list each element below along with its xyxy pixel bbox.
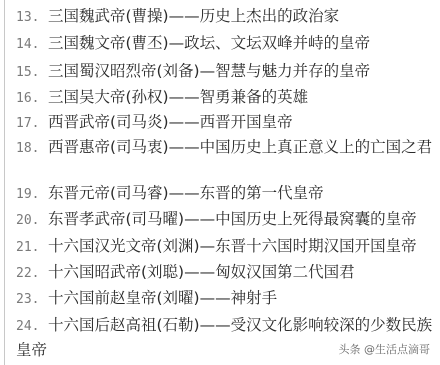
item-text: 十六国昭武帝(刘聪)——匈奴汉国第二代国君 (48, 263, 355, 281)
list-item: 24.十六国后赵高祖(石勒)——受汉文化影响较深的少数民族 (16, 315, 432, 337)
list-item: 13.三国魏武帝(曹操)——历史上杰出的政治家 (16, 6, 339, 28)
list-item: 19.东晋元帝(司马睿)——东晋的第一代皇帝 (16, 183, 324, 205)
item-text: 东晋元帝(司马睿)——东晋的第一代皇帝 (48, 184, 324, 202)
item-number: 14. (16, 35, 48, 55)
list-item: 23.十六国前赵皇帝(刘曜)——神射手 (16, 288, 277, 310)
item-number: 21. (16, 238, 48, 258)
item-text: 十六国后赵高祖(石勒)——受汉文化影响较深的少数民族 (48, 316, 432, 334)
item-text: 三国魏武帝(曹操)——历史上杰出的政治家 (48, 7, 339, 25)
list-item: 20.东晋孝武帝(司马曜)——中国历史上死得最窝囊的皇帝 (16, 209, 417, 231)
item-number: 18. (16, 139, 48, 159)
list-item: 14.三国魏文帝(曹丕)—政坛、文坛双峰并峙的皇帝 (16, 33, 370, 55)
list-item-continuation: 皇帝 (16, 340, 47, 360)
continuation-text: 皇帝 (16, 341, 47, 359)
list-item: 18.西晋惠帝(司马衷)——中国历史上真正意义上的亡国之君 (16, 137, 432, 159)
item-number: 22. (16, 264, 48, 284)
item-text: 三国蜀汉昭烈帝(刘备)—智慧与魅力并存的皇帝 (48, 62, 370, 80)
item-number: 19. (16, 185, 48, 205)
item-text: 西晋武帝(司马炎)——西晋开国皇帝 (48, 113, 293, 131)
list-item: 17.西晋武帝(司马炎)——西晋开国皇帝 (16, 112, 293, 134)
item-number: 13. (16, 8, 48, 28)
item-number: 20. (16, 211, 48, 231)
document-page: 13.三国魏武帝(曹操)——历史上杰出的政治家 14.三国魏文帝(曹丕)—政坛、… (0, 0, 440, 365)
left-border-divider (4, 0, 5, 365)
item-number: 17. (16, 114, 48, 134)
item-text: 十六国前赵皇帝(刘曜)——神射手 (48, 289, 277, 307)
item-number: 23. (16, 290, 48, 310)
item-number: 16. (16, 89, 48, 109)
item-text: 三国魏文帝(曹丕)—政坛、文坛双峰并峙的皇帝 (48, 34, 370, 52)
item-text: 三国吴大帝(孙权)——智勇兼备的英雄 (48, 88, 308, 106)
watermark: 头条 @生活点滴哥 (339, 341, 431, 357)
list-item: 21.十六国汉光文帝(刘渊)—东晋十六国时期汉国开国皇帝 (16, 236, 417, 258)
item-number: 15. (16, 63, 48, 83)
list-item: 16.三国吴大帝(孙权)——智勇兼备的英雄 (16, 87, 308, 109)
list-item: 22.十六国昭武帝(刘聪)——匈奴汉国第二代国君 (16, 262, 355, 284)
item-text: 东晋孝武帝(司马曜)——中国历史上死得最窝囊的皇帝 (48, 210, 417, 228)
item-number: 24. (16, 317, 48, 337)
item-text: 西晋惠帝(司马衷)——中国历史上真正意义上的亡国之君 (48, 138, 432, 156)
item-text: 十六国汉光文帝(刘渊)—东晋十六国时期汉国开国皇帝 (48, 237, 417, 255)
list-item: 15.三国蜀汉昭烈帝(刘备)—智慧与魅力并存的皇帝 (16, 61, 370, 83)
